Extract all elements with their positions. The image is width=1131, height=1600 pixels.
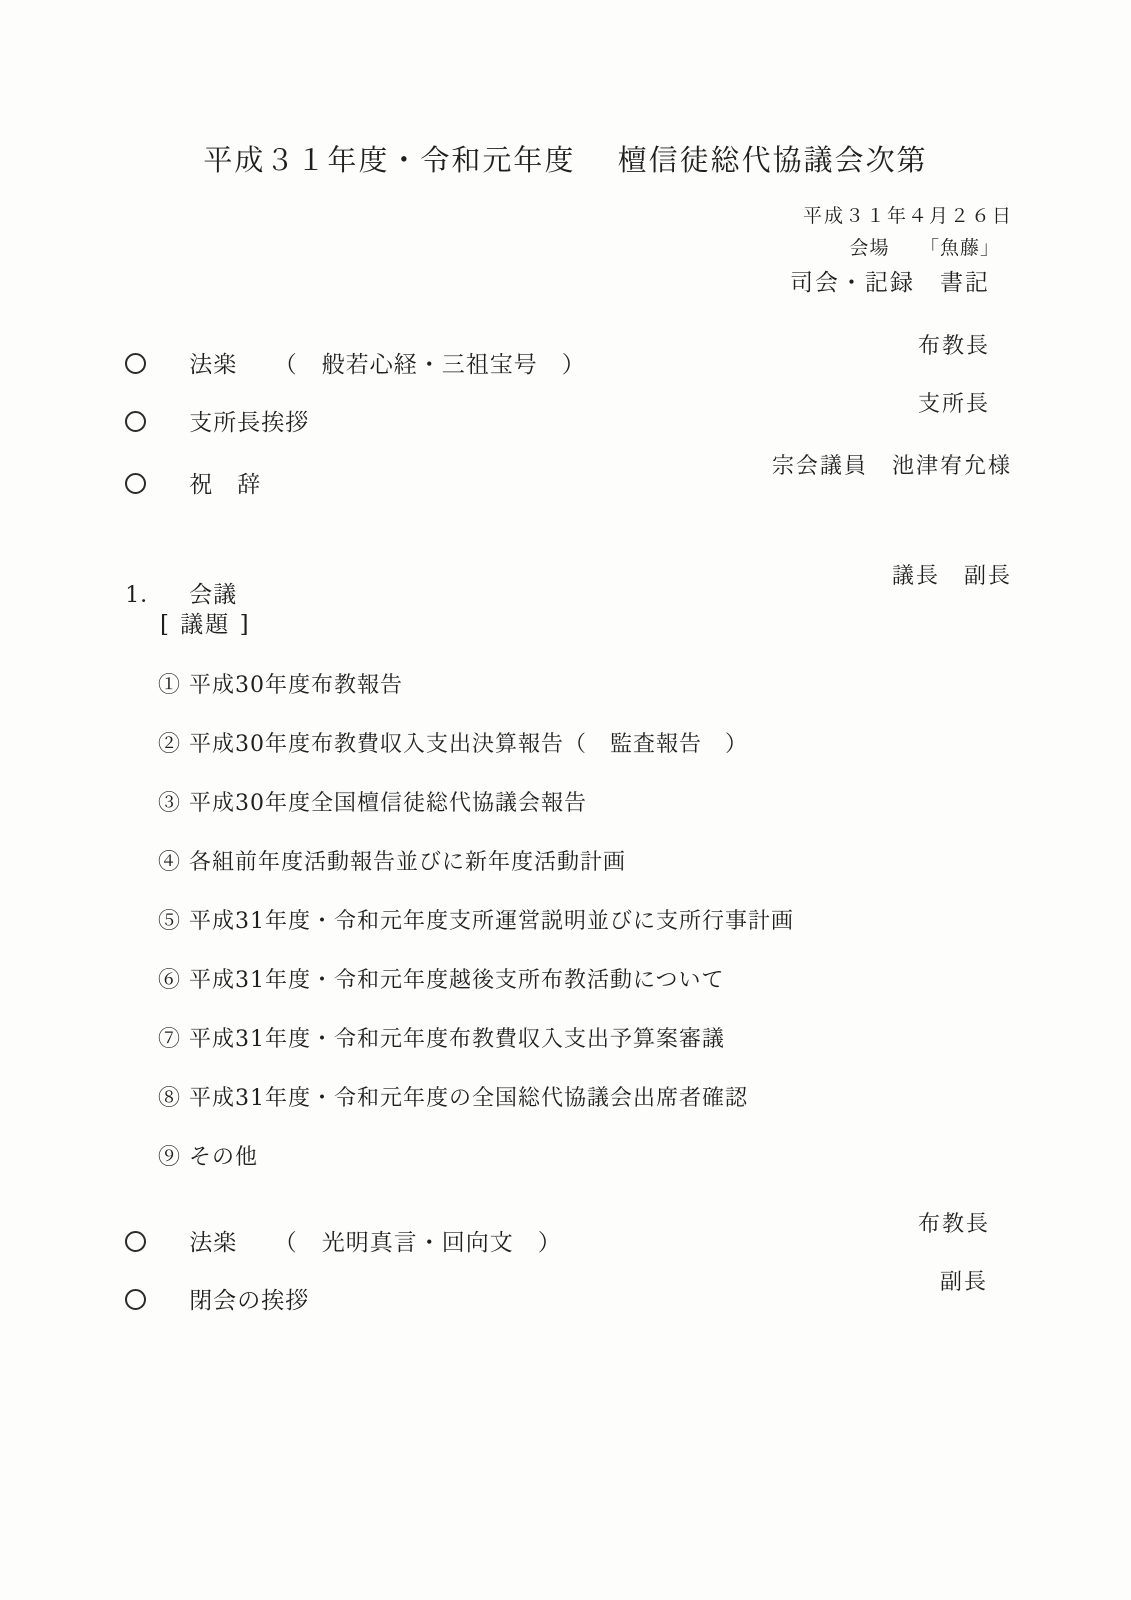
agenda-row-hogaku-opening: 法楽 （ 般若心経・三祖宝号 ） 布教長 <box>96 320 1012 354</box>
topic-item-5: ⑤ 平成31年度・令和元年度支所運営説明並びに支所行事計画 <box>158 904 794 935</box>
agenda-row-branch-head-greeting: 支所長挨拶 支所長 <box>96 378 1012 412</box>
meeting-roles: 議長 副長 <box>892 559 1012 590</box>
topic-item-9: ⑨ その他 <box>158 1140 258 1171</box>
topics-header: [ 議題 ] <box>160 606 251 639</box>
scanned-agenda-page: 平成３１年度・令和元年度 檀信徒総代協議会次第 平成３１年４月２６日 会場 「魚… <box>0 0 1131 1600</box>
topic-item-2: ② 平成30年度布教費収入支出決算報告（ 監査報告 ） <box>158 727 748 758</box>
agenda-row-congratulatory-address: 祝 辞 宗会議員 池津宥允様 <box>96 440 1012 474</box>
circle-bullet-icon <box>125 1231 146 1252</box>
circle-bullet-icon <box>125 1289 146 1310</box>
agenda-item-role: 副長 <box>940 1265 988 1296</box>
meeting-section-row: 1．会議 議長 副長 <box>96 550 1012 584</box>
topic-item-6: ⑥ 平成31年度・令和元年度越後支所布教活動について <box>158 963 725 994</box>
topic-item-4: ④ 各組前年度活動報告並びに新年度活動計画 <box>158 845 626 876</box>
agenda-item-label: 支所長挨拶 <box>189 410 309 436</box>
topic-item-7: ⑦ 平成31年度・令和元年度布教費収入支出予算案審議 <box>158 1022 725 1053</box>
topic-item-3: ③ 平成30年度全国檀信徒総代協議会報告 <box>158 786 587 817</box>
topic-item-1: ① 平成30年度布教報告 <box>158 668 403 699</box>
circle-bullet-icon <box>125 353 146 374</box>
agenda-item-role: 布教長 <box>918 1207 990 1238</box>
agenda-item-role: 支所長 <box>918 387 990 418</box>
venue-line: 会場 「魚藤」 <box>849 233 1000 260</box>
agenda-item-role: 宗会議員 池津宥允様 <box>772 449 1012 480</box>
meeting-date: 平成３１年４月２６日 <box>803 201 1013 228</box>
section-number: 1． <box>125 578 189 609</box>
agenda-row-closing-remarks: 閉会の挨拶 副長 <box>96 1256 1012 1290</box>
circle-bullet-icon <box>125 473 146 494</box>
mc-recorder-line: 司会・記録 書記 <box>790 264 990 297</box>
agenda-item-role: 布教長 <box>918 329 990 360</box>
page-title: 平成３１年度・令和元年度 檀信徒総代協議会次第 <box>0 138 1131 179</box>
topic-item-8: ⑧ 平成31年度・令和元年度の全国総代協議会出席者確認 <box>158 1081 748 1112</box>
circle-bullet-icon <box>125 411 146 432</box>
agenda-item-label: 法楽 （ 般若心経・三祖宝号 ） <box>189 352 586 378</box>
agenda-item-label: 祝 辞 <box>189 472 261 498</box>
meeting-label: 会議 <box>189 582 237 608</box>
agenda-row-hogaku-closing: 法楽 （ 光明真言・回向文 ） 布教長 <box>96 1198 1012 1232</box>
agenda-item-label: 閉会の挨拶 <box>189 1288 309 1314</box>
agenda-item-label: 法楽 （ 光明真言・回向文 ） <box>189 1230 562 1256</box>
